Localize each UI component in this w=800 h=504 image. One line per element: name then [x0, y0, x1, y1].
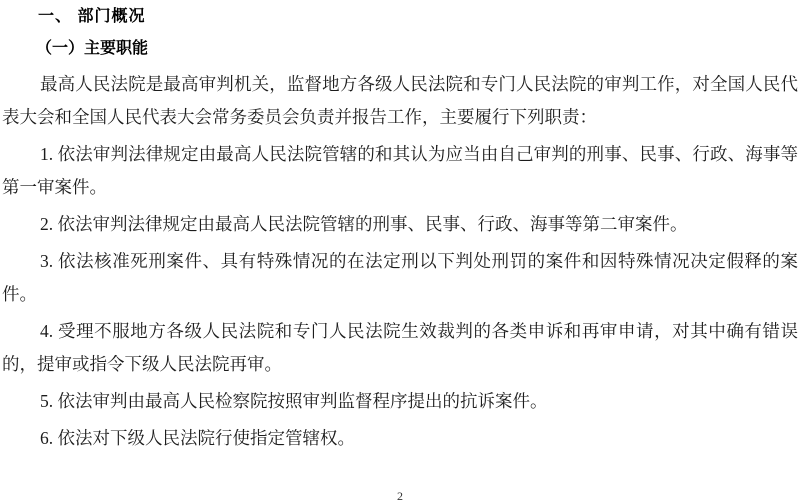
duty-paragraph: 3. 依法核准死刑案件、具有特殊情况的在法定刑以下判处刑罚的案件和因特殊情况决定…	[2, 245, 798, 311]
duty-paragraph: 6. 依法对下级人民法院行使指定管辖权。	[2, 422, 798, 455]
page-number: 2	[0, 489, 800, 504]
document-body: 最高人民法院是最高审判机关，监督地方各级人民法院和专门人民法院的审判工作，对全国…	[2, 68, 798, 455]
intro-paragraph: 最高人民法院是最高审判机关，监督地方各级人民法院和专门人民法院的审判工作，对全国…	[2, 68, 798, 134]
document-page: 一、 部门概况 （一）主要职能 最高人民法院是最高审判机关，监督地方各级人民法院…	[0, 7, 800, 504]
duty-paragraph: 5. 依法审判由最高人民检察院按照审判监督程序提出的抗诉案件。	[2, 385, 798, 418]
duties-list: 1. 依法审判法律规定由最高人民法院管辖的和其认为应当由自己审判的刑事、民事、行…	[2, 138, 798, 455]
duty-paragraph: 1. 依法审判法律规定由最高人民法院管辖的和其认为应当由自己审判的刑事、民事、行…	[2, 138, 798, 204]
section-heading: 一、 部门概况	[38, 7, 798, 27]
subsection-heading: （一）主要职能	[36, 39, 798, 59]
duty-paragraph: 2. 依法审判法律规定由最高人民法院管辖的刑事、民事、行政、海事等第二审案件。	[2, 208, 798, 241]
duty-paragraph: 4. 受理不服地方各级人民法院和专门人民法院生效裁判的各类申诉和再审申请，对其中…	[2, 315, 798, 381]
